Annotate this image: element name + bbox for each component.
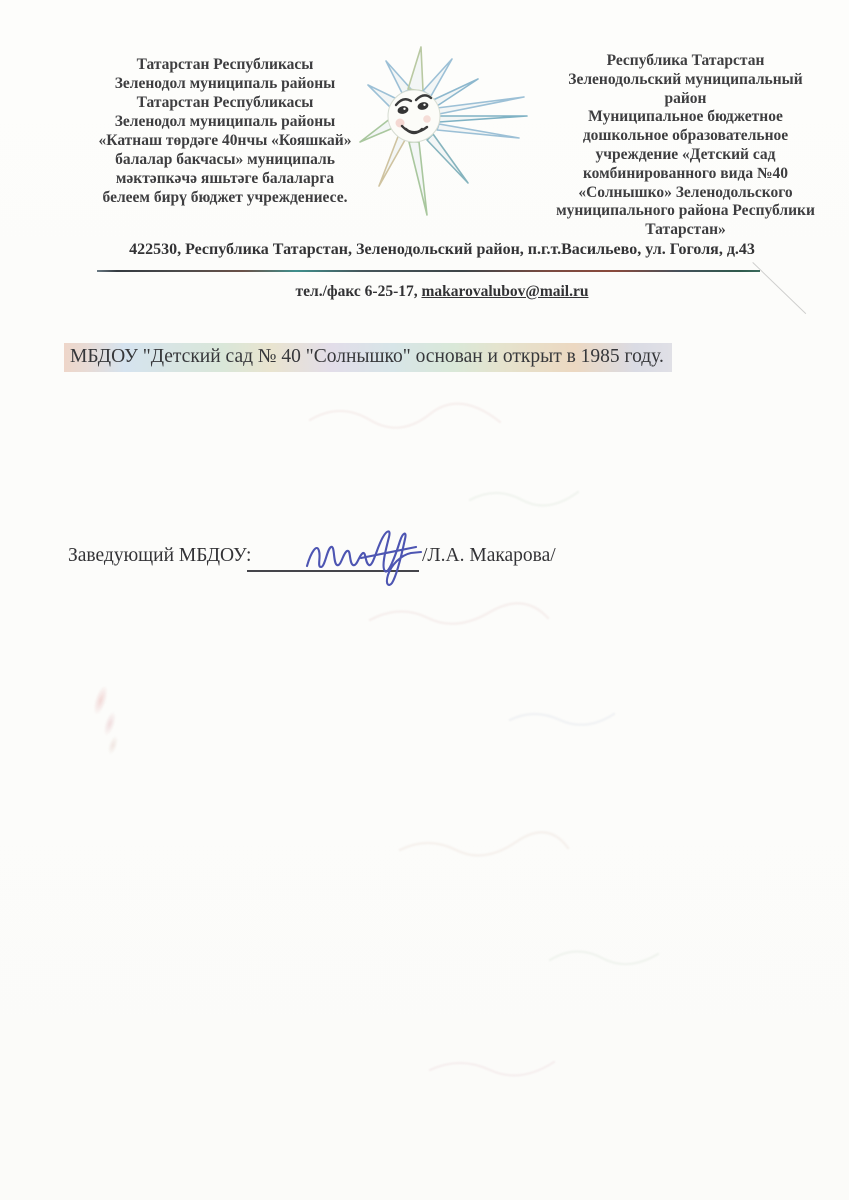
contact-line: тел./факс 6-25-17, makarovalubov@mail.ru [35, 283, 849, 301]
signatory-title-label: Заведующий МБДОУ: [68, 545, 251, 567]
letterhead-left-line: «Катнаш төрдәге 40нчы «Кояшкай» [60, 131, 390, 150]
letterhead-right-line: «Солнышко» Зеленодольского [528, 184, 843, 203]
letterhead-right-line: Татарстан» [528, 221, 843, 240]
letterhead-right-line: дошкольное образовательное [528, 127, 843, 146]
letterhead-right-line: учреждение «Детский сад [528, 146, 843, 165]
letterhead-right-line: муниципального района Республики [528, 202, 843, 221]
letterhead-right-line: Муниципальное бюджетное [528, 108, 843, 127]
address-line: 422530, Республика Татарстан, Зеленодоль… [35, 241, 849, 259]
bleed-through-ghosting [250, 380, 830, 1140]
ink-smudge-artifact [66, 672, 151, 766]
letterhead-right-line: Республика Татарстан [528, 52, 843, 71]
email-text: makarovalubov@mail.ru [421, 283, 588, 300]
letterhead-left-line: белеем бирү бюджет учреждениесе. [60, 188, 390, 207]
letterhead-left-line: балалар бакчасы» муниципаль [60, 150, 390, 169]
founding-statement-highlighted: МБДОУ "Детский сад № 40 "Солнышко" основ… [64, 343, 672, 372]
letterhead-left-line: Татарстан Республикасы [60, 55, 390, 74]
letterhead-right-line: район [528, 90, 843, 109]
scanned-letterhead-page: Татарстан Республикасы Зеленодол муницип… [0, 0, 849, 1200]
letterhead-left-line: Зеленодол муниципаль районы [60, 112, 390, 131]
letterhead-right-line: комбинированного вида №40 [528, 165, 843, 184]
divider-rule [97, 270, 760, 272]
letterhead-left-line: мәктәпкәчә яшьтәге балаларга [60, 169, 390, 188]
letterhead-left-line: Татарстан Республикасы [60, 93, 390, 112]
letterhead-left-block: Татарстан Республикасы Зеленодол муницип… [60, 55, 390, 207]
letterhead-left-line: Зеленодол муниципаль районы [60, 74, 390, 93]
letterhead-right-line: Зеленодольский муниципальный [528, 71, 843, 90]
sun-logo-icon [358, 45, 530, 217]
letterhead-right-block: Республика Татарстан Зеленодольский муни… [528, 52, 843, 240]
phone-fax-text: тел./факс 6-25-17, [296, 283, 422, 300]
